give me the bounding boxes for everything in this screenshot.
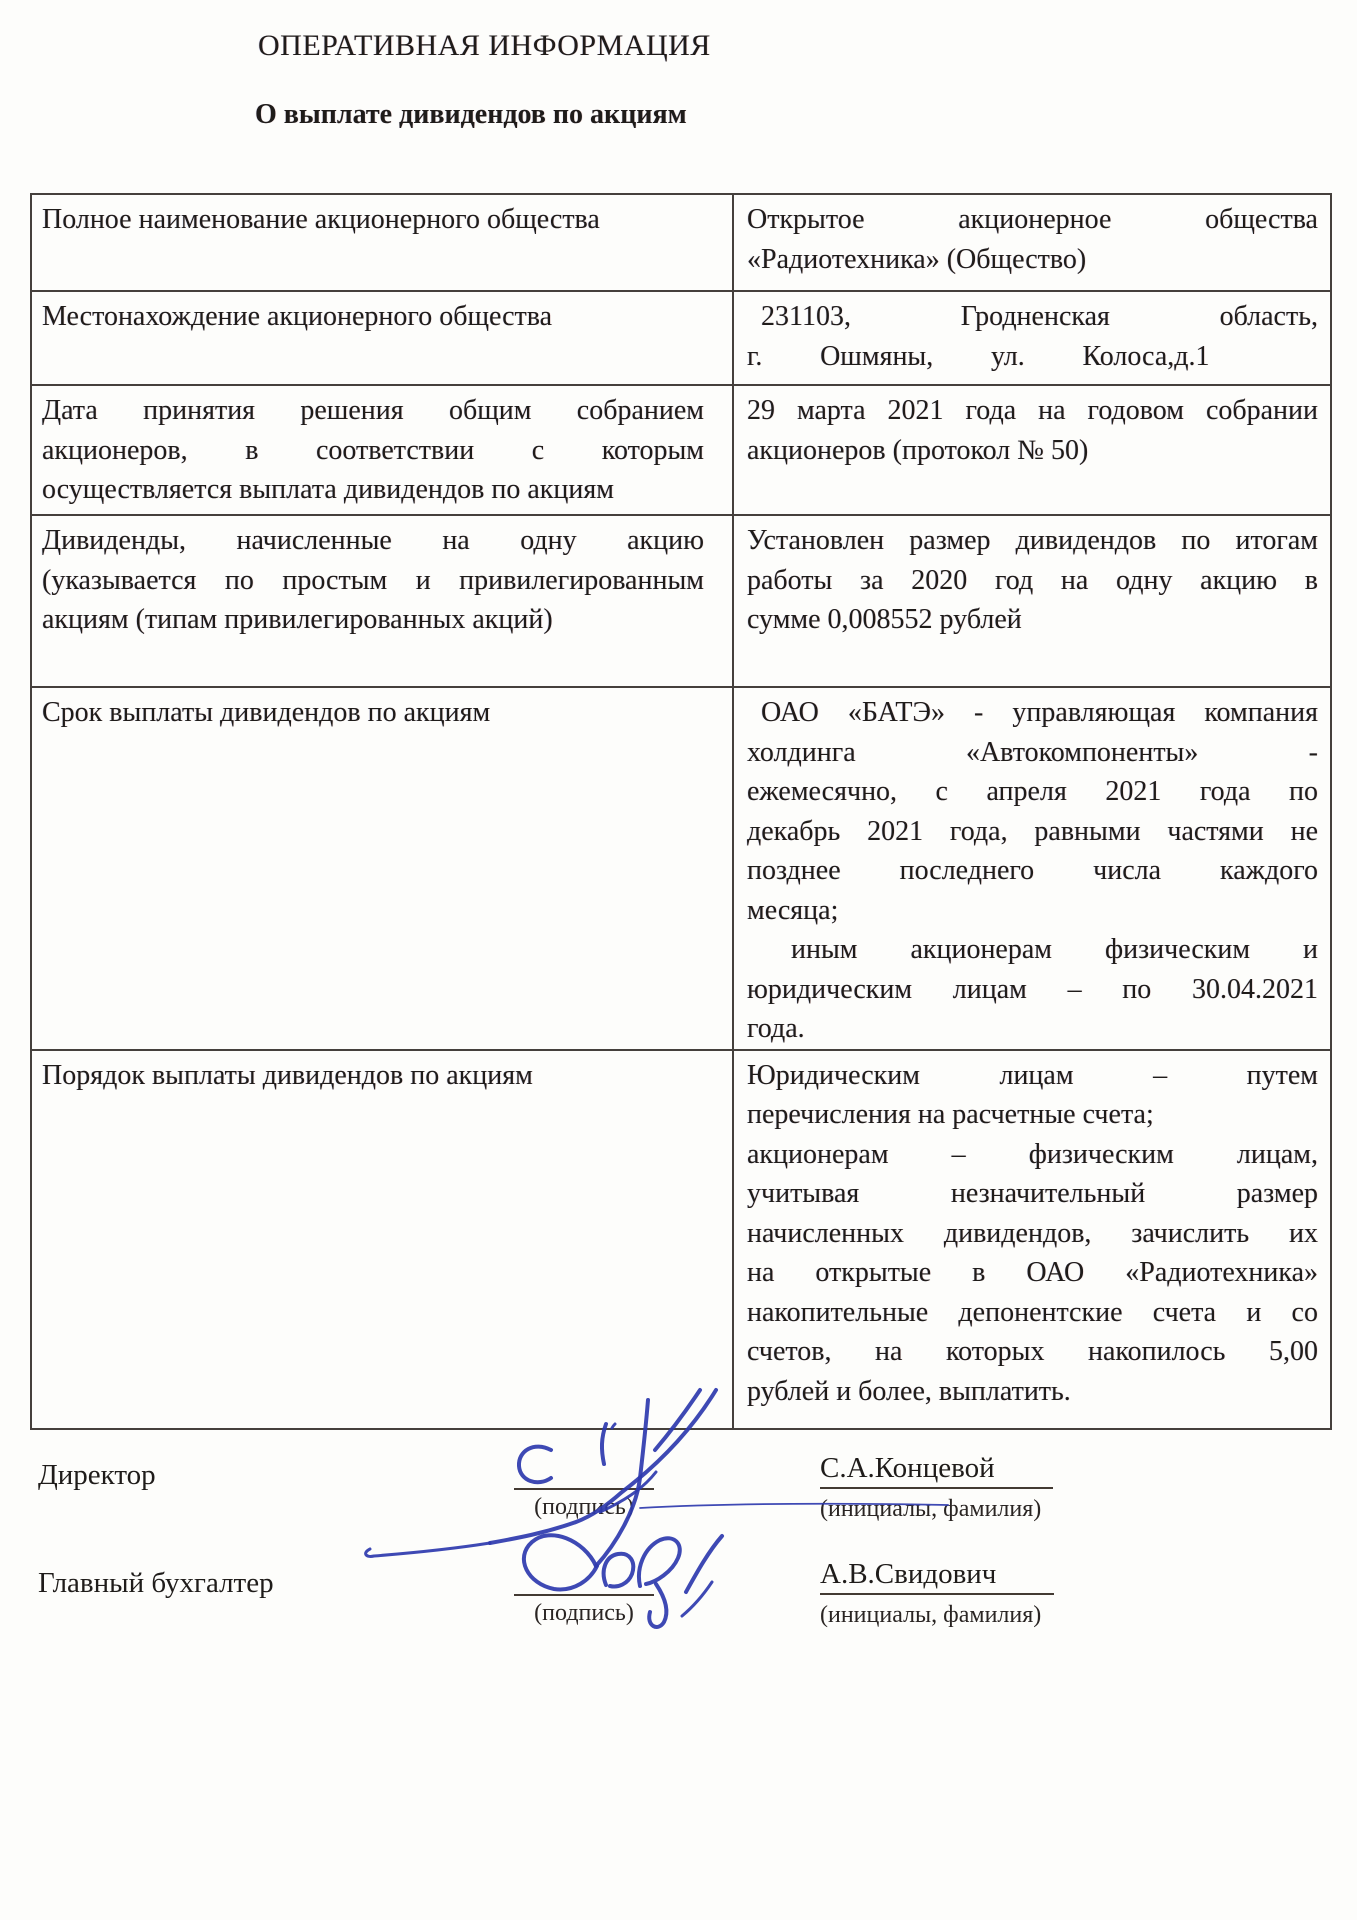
signature-name-caption-director: (инициалы, фамилия) <box>820 1496 1041 1522</box>
value-line: акционерам – физическим лицам, <box>747 1135 1318 1175</box>
value-line: юридическим лицам – по 30.04.2021 <box>747 970 1318 1010</box>
signature-line-accountant <box>514 1594 654 1596</box>
label-line: Дата принятия решения общим собранием <box>42 391 704 431</box>
value-line: позднее последнего числа каждого <box>747 851 1318 891</box>
value-line: 29 марта 2021 года на годовом собрании <box>747 391 1318 431</box>
value-line: Открытое акционерное общества <box>747 200 1318 240</box>
value-line: 231103, Гродненская область, <box>747 297 1318 337</box>
table-row: Местонахождение акционерного общества 23… <box>31 291 1331 385</box>
table-row: Дата принятия решения общим собранием ак… <box>31 385 1331 515</box>
value-line: Установлен размер дивидендов по итогам <box>747 521 1318 561</box>
signature-caption-accountant: (подпись) <box>506 1600 662 1626</box>
row-label-cell: Срок выплаты дивидендов по акциям <box>31 687 733 1050</box>
value-line: учитывая незначительный размер <box>747 1174 1318 1214</box>
label-line: осуществляется выплата дивидендов по акц… <box>42 470 704 510</box>
table-row: Порядок выплаты дивидендов по акциям Юри… <box>31 1050 1331 1429</box>
row-label-cell: Полное наименование акционерного обществ… <box>31 194 733 291</box>
document-subtitle: О выплате дивидендов по акциям <box>255 98 1357 132</box>
label-line: Местонахождение акционерного общества <box>42 297 704 337</box>
row-value-cell: ОАО «БАТЭ» - управляющая компания холдин… <box>733 687 1331 1050</box>
value-line: иным акционерам физическим и <box>747 930 1318 970</box>
value-line: сумме 0,008552 рублей <box>747 600 1318 640</box>
dividends-info-table: Полное наименование акционерного обществ… <box>30 193 1332 1430</box>
value-line: «Радиотехника» (Общество) <box>747 240 1318 280</box>
label-line: (указывается по простым и привилегирован… <box>42 561 704 601</box>
row-label-cell: Дата принятия решения общим собранием ак… <box>31 385 733 515</box>
value-line: перечисления на расчетные счета; <box>747 1095 1318 1135</box>
table-row: Полное наименование акционерного обществ… <box>31 194 1331 291</box>
signature-name-accountant: А.В.Свидович <box>820 1558 1054 1595</box>
label-line: Полное наименование акционерного обществ… <box>42 200 704 240</box>
value-line: г. Ошмяны, ул. Колоса,д.1 <box>747 337 1210 377</box>
row-label-cell: Дивиденды, начисленные на одну акцию (ук… <box>31 515 733 687</box>
row-value-cell: 231103, Гродненская область, г. Ошмяны, … <box>733 291 1331 385</box>
signature-caption-director: (подпись) <box>506 1494 662 1520</box>
document-title: ОПЕРАТИВНАЯ ИНФОРМАЦИЯ <box>258 28 1357 64</box>
value-line: ежемесячно, с апреля 2021 года по <box>747 772 1318 812</box>
row-value-cell: Открытое акционерное общества «Радиотехн… <box>733 194 1331 291</box>
signature-role-accountant: Главный бухгалтер <box>38 1566 274 1600</box>
value-line: на открытые в ОАО «Радиотехника» <box>747 1253 1318 1293</box>
value-line: акционеров (протокол № 50) <box>747 431 1318 471</box>
signature-name-director: С.А.Концевой <box>820 1452 1053 1489</box>
row-value-cell: Юридическим лицам – путем перечисления н… <box>733 1050 1331 1429</box>
label-line: Дивиденды, начисленные на одну акцию <box>42 521 704 561</box>
value-line: года. <box>747 1009 1318 1049</box>
row-value-cell: 29 марта 2021 года на годовом собрании а… <box>733 385 1331 515</box>
value-line: накопительные депонентские счета и со <box>747 1293 1318 1333</box>
row-value-cell: Установлен размер дивидендов по итогам р… <box>733 515 1331 687</box>
value-line: счетов, на которых накопилось 5,00 <box>747 1332 1318 1372</box>
row-label-cell: Порядок выплаты дивидендов по акциям <box>31 1050 733 1429</box>
value-line: работы за 2020 год на одну акцию в <box>747 561 1318 601</box>
signature-line-director <box>514 1488 654 1490</box>
signature-role-director: Директор <box>38 1458 156 1492</box>
label-line: Срок выплаты дивидендов по акциям <box>42 693 704 733</box>
value-line: декабрь 2021 года, равными частями не <box>747 812 1318 852</box>
value-line: Юридическим лицам – путем <box>747 1056 1318 1096</box>
value-line: рублей и более, выплатить. <box>747 1372 1318 1412</box>
value-line: холдинга «Автокомпоненты» - <box>747 733 1318 773</box>
signature-name-caption-accountant: (инициалы, фамилия) <box>820 1602 1041 1628</box>
row-label-cell: Местонахождение акционерного общества <box>31 291 733 385</box>
table-row: Срок выплаты дивидендов по акциям ОАО «Б… <box>31 687 1331 1050</box>
label-line: акционеров, в соответствии с которым <box>42 431 704 471</box>
scanned-document-page: ОПЕРАТИВНАЯ ИНФОРМАЦИЯ О выплате дивиден… <box>0 0 1357 1920</box>
value-line: ОАО «БАТЭ» - управляющая компания <box>747 693 1318 733</box>
value-line: начисленных дивидендов, зачислить их <box>747 1214 1318 1254</box>
label-line: Порядок выплаты дивидендов по акциям <box>42 1056 704 1096</box>
value-line: месяца; <box>747 891 1318 931</box>
table-row: Дивиденды, начисленные на одну акцию (ук… <box>31 515 1331 687</box>
label-line: акциям (типам привилегированных акций) <box>42 600 704 640</box>
